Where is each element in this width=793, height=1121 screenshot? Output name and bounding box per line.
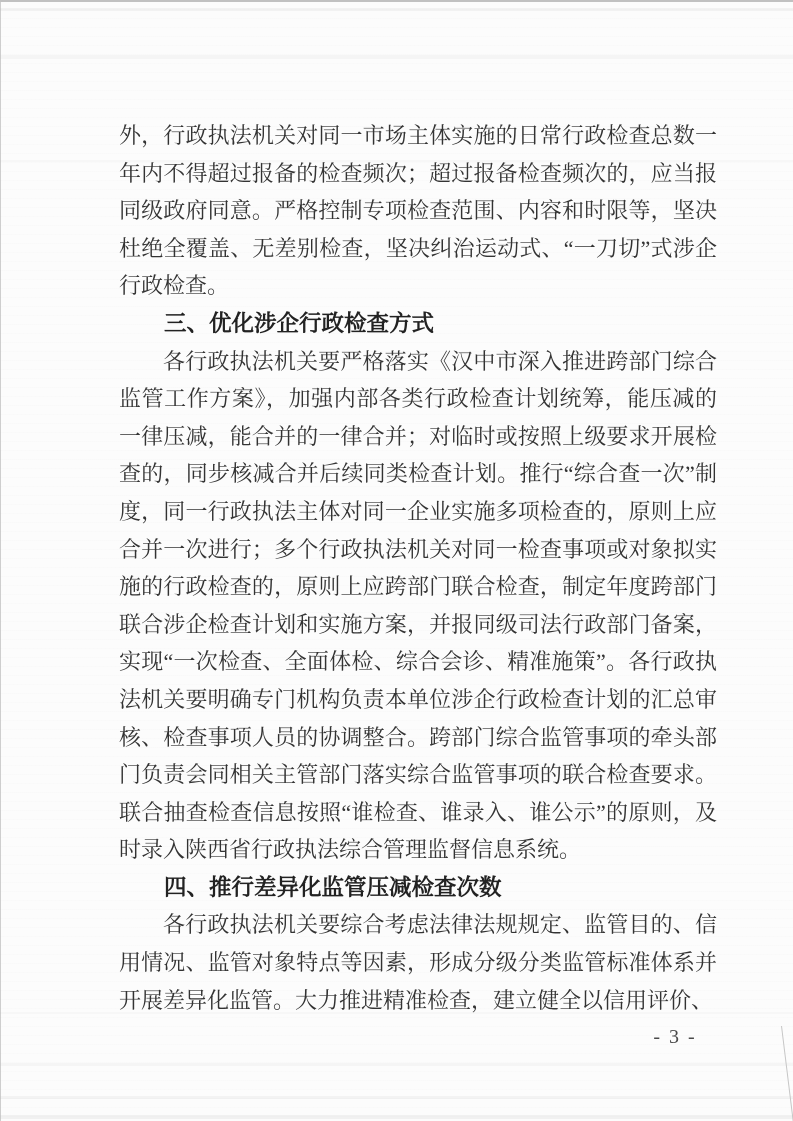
- scan-streak: [0, 1096, 793, 1099]
- section-heading: 三、优化涉企行政检查方式: [119, 305, 717, 343]
- scan-streak: [0, 1063, 793, 1066]
- scan-streak: [0, 8, 793, 11]
- scan-edge-left: [0, 0, 1, 1121]
- scan-corner-curl-line: [781, 1026, 793, 1121]
- section-heading: 四、推行差异化监管压减检查次数: [119, 869, 717, 907]
- page-number: - 3 -: [645, 1026, 705, 1049]
- scan-edge-top: [0, 0, 793, 2]
- scanned-document-page: 外，行政执法机关对同一市场主体实施的日常行政检查总数一年内不得超过报备的检查频次…: [0, 0, 793, 1121]
- document-body: 外，行政执法机关对同一市场主体实施的日常行政检查总数一年内不得超过报备的检查频次…: [119, 117, 717, 1019]
- scan-streak: [0, 1115, 793, 1119]
- body-paragraph: 各行政执法机关要综合考虑法律法规规定、监管目的、信用情况、监管对象特点等因素，形…: [119, 906, 717, 1019]
- body-paragraph: 各行政执法机关要严格落实《汉中市深入推进跨部门综合监管工作方案》，加强内部各类行…: [119, 343, 717, 869]
- scan-streak: [0, 55, 793, 59]
- body-paragraph: 外，行政执法机关对同一市场主体实施的日常行政检查总数一年内不得超过报备的检查频次…: [119, 117, 717, 305]
